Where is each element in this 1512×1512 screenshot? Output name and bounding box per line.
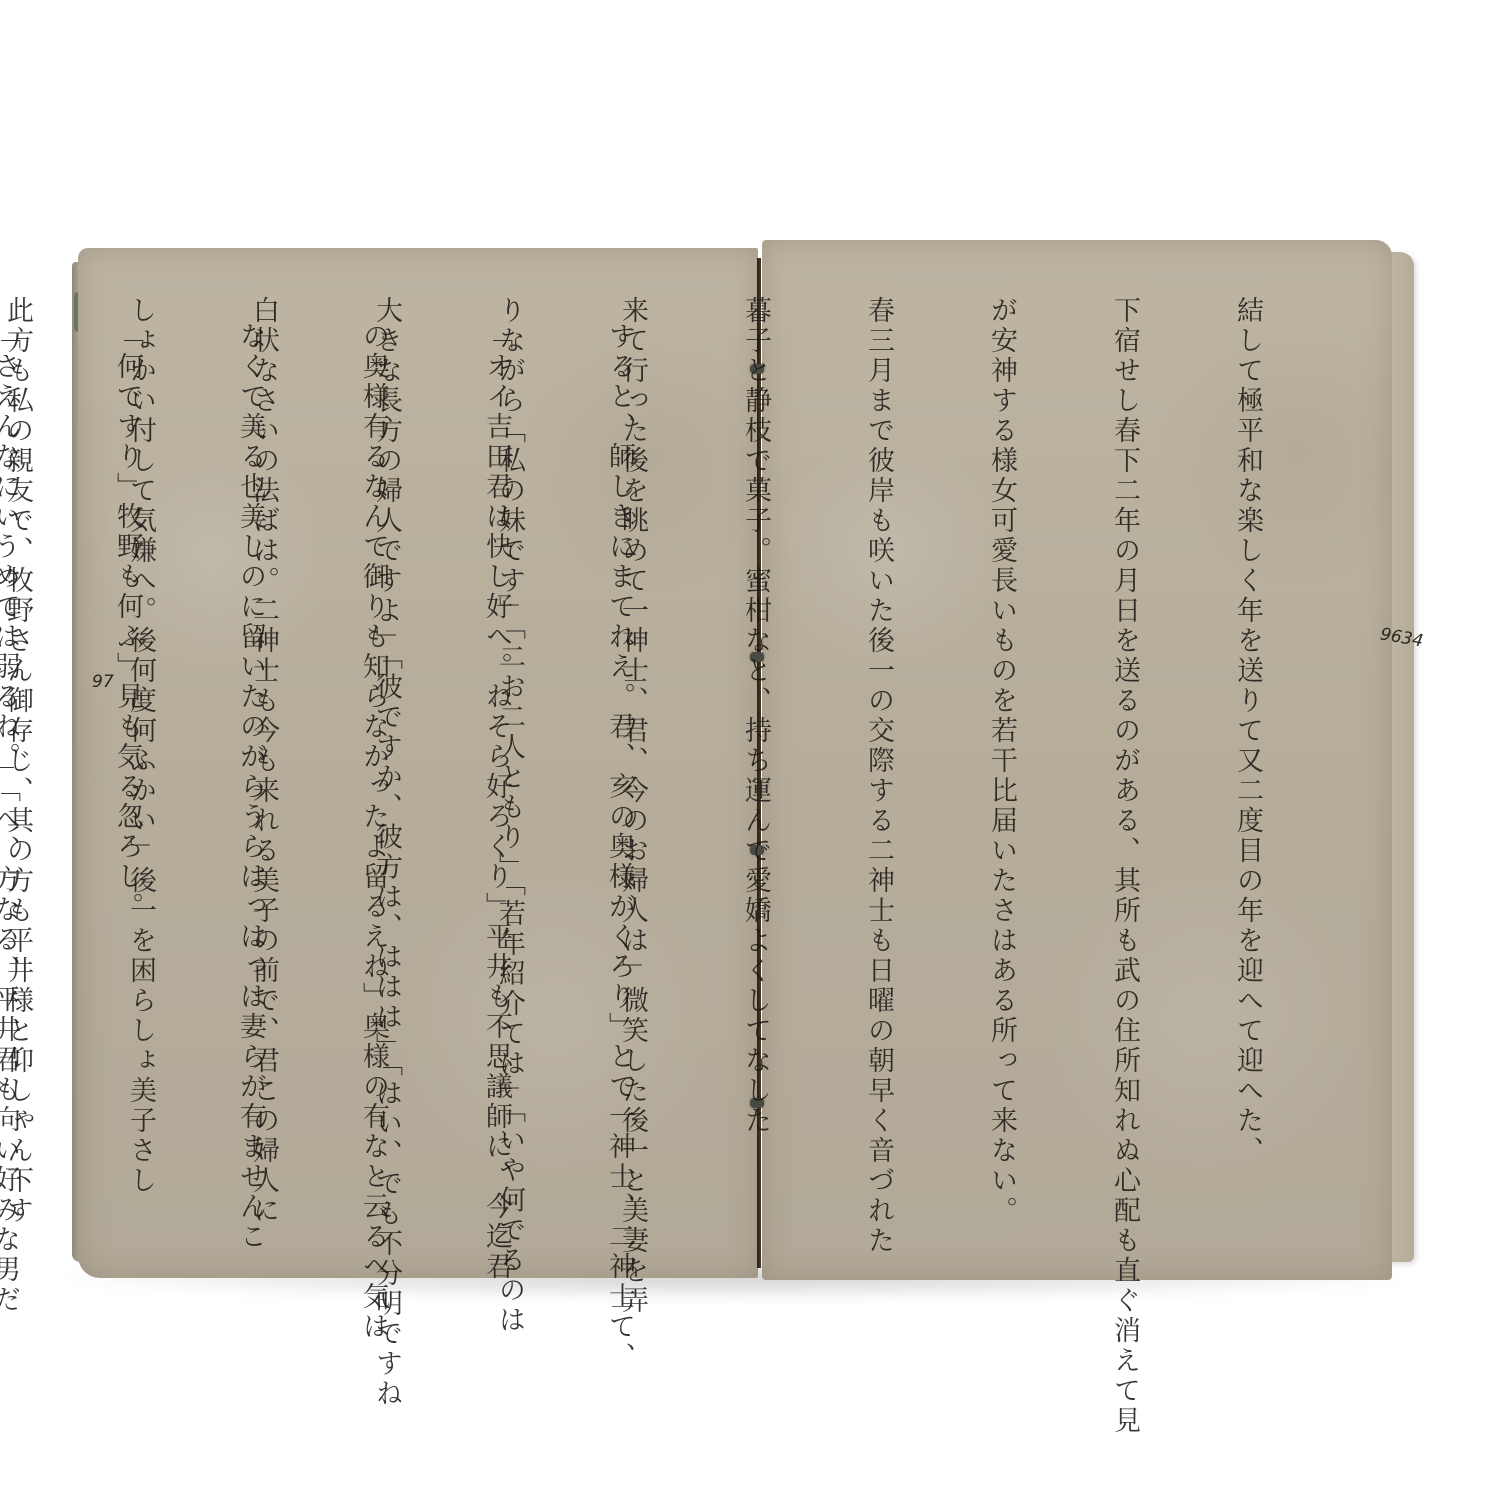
handwritten-column: 来て行った後を眺めて一神士、君、今のお婦人は」微笑した後一と美妻を弄 <box>612 296 653 1186</box>
handwritten-column: が安神する様女可愛長いものを若干比届いたさはある所って来ない。 <box>981 296 1022 1186</box>
handwritten-column: 暮子と静枝で菓子。蜜柑なと、持ち運んで愛嬌よくしてなした <box>735 296 776 1186</box>
open-notebook: 97 9634 すると、師しきにまてれえ。君、亥の奥様がくろり」とて一神士、二神… <box>0 0 1512 1512</box>
handwritten-column: しょかい付して気嫌へ。後何度何ふかい」後一を困らしょ美子さし <box>120 296 161 1186</box>
right-page-text: 結して極平和な楽しく年を送りて又二度目の年を迎へて迎へた、 下宿せし春下二年の月… <box>840 296 1350 1186</box>
handwritten-column: 下宿せし春下二年の月日を送るのがある、其所も武の住所知れぬ心配も直ぐ消えて見 <box>1104 296 1145 1186</box>
handwritten-column: 白状なさいの法ばは。二神士も今も来れる美子の前で、君この婦人に <box>243 296 284 1186</box>
handwritten-column: 春三月まで彼岸も咲いた後一の交際する二神士も日曜の朝早く音づれた <box>858 296 899 1186</box>
handwritten-column: 大きな長方の婦人ですよ」「彼ですか、彼方は、ははは」「はい、でも不分明ですね <box>366 296 407 1186</box>
handwritten-column: りながら「私の妹です」「二お二人ともり」「若年紹介ては」「いや何でるのは <box>489 296 530 1186</box>
handwritten-column: 此方も私の親友で、牧野さん御存じ、其の方も平井様と仰しゃん下す <box>0 296 38 1186</box>
handwritten-column: 結して極平和な楽しく年を送りて又二度目の年を迎へて迎へた、 <box>1227 296 1268 1186</box>
